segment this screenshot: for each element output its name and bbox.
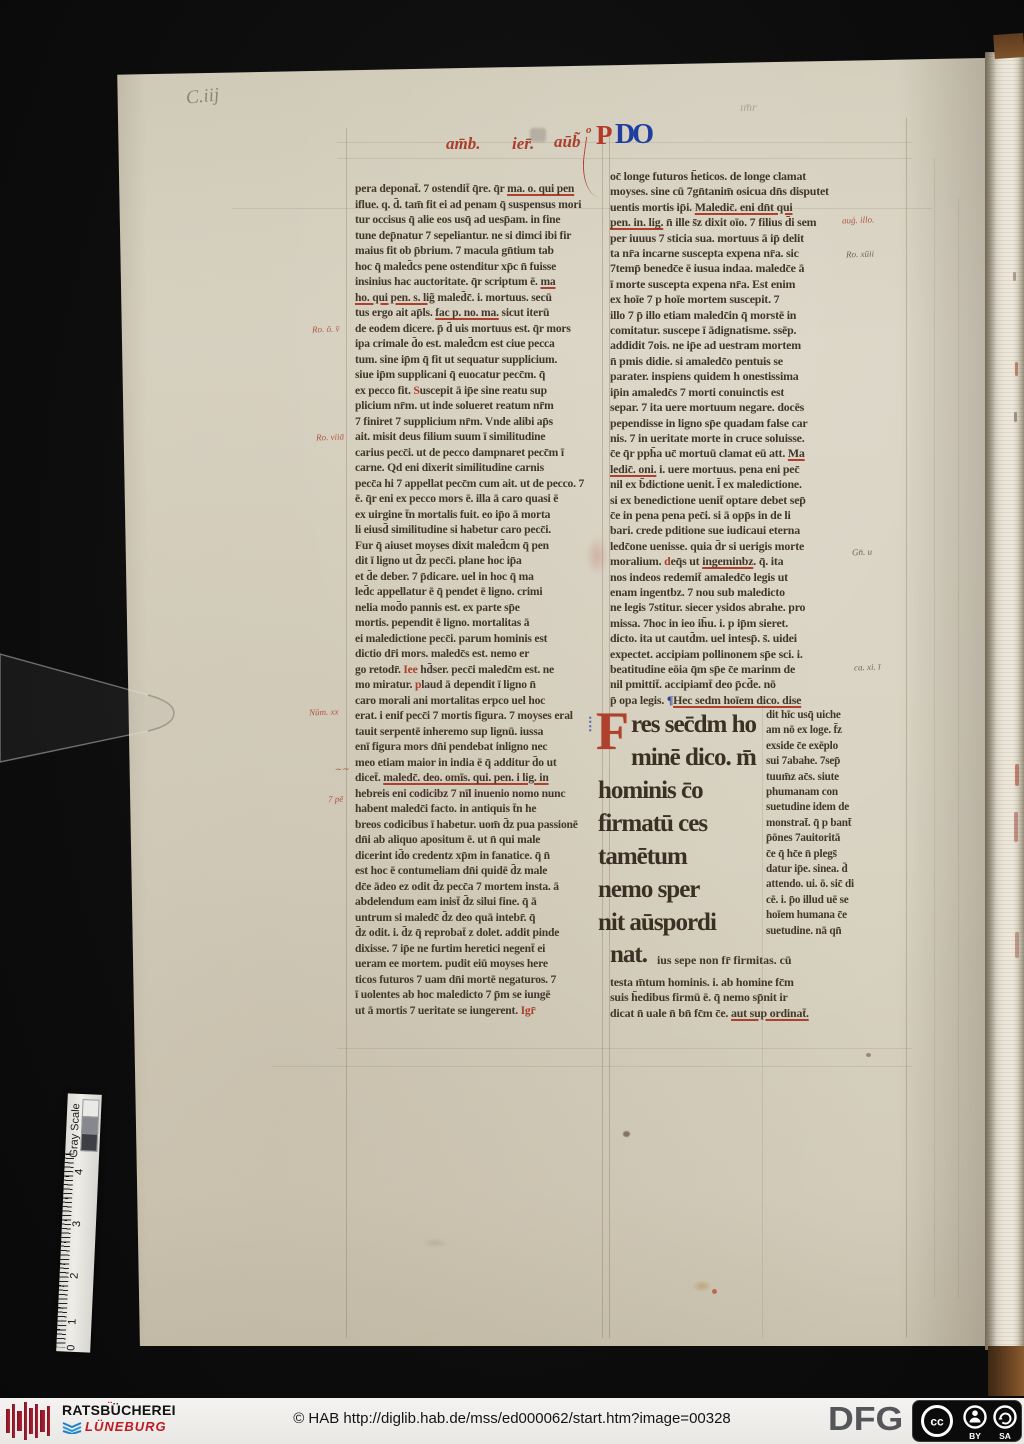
manuscript-line: dictio dr̄i mors. maledc̄s est. nemo er [355, 646, 603, 662]
manuscript-line: per iuuus 7 sticia sua. mortuus ā ip̄ de… [610, 231, 907, 246]
running-title-augustinus: aūb̃ [554, 132, 580, 152]
manuscript-line: ueram ee mortem. pudit eiū moyses here [355, 956, 603, 972]
by-label: BY [969, 1431, 981, 1441]
plastic-strip [0, 640, 200, 785]
manuscript-line: go retodr̄. Iee hd̄ser. pecc̄i maledc̄m … [355, 662, 603, 678]
marginal-note: Ro. ō. v̄ [312, 324, 340, 335]
manuscript-line: si ex benedictione uenit̄ optare debet s… [610, 493, 907, 508]
manuscript-line: ex pecco fit. Suscepit ā ip̄e sine reatu… [355, 383, 603, 399]
manuscript-line: nos indeos redemit̄ amaledc̄o legis ut [610, 570, 907, 585]
manuscript-line: insinius hac auctoritate. q̄r scriptum ē… [355, 274, 603, 290]
edge-fleck [1014, 812, 1018, 842]
lemma-last-word: nat. [610, 942, 647, 968]
lemma-line: nit aūspordi [598, 906, 768, 939]
manuscript-line: monstrat̄. q̄ p bant̄ [766, 816, 908, 831]
manuscript-line: am nō ex loge. f̄z [766, 723, 908, 738]
manuscript-line: parater. inspiens quidem h onestissima [610, 369, 907, 384]
manuscript-line: dn̄i ab aliquo apositum ē. ut n̄ qui mal… [355, 832, 603, 848]
manuscript-line: suis h̄edibus firmū ē. q̄ nemo sp̄nit ir [610, 990, 907, 1005]
manuscript-line: ī uolentes ab hoc maledicto 7 p̄m se iun… [355, 987, 603, 1003]
edge-fleck [1014, 412, 1017, 422]
manuscript-line: bari. crede pditione sue iudicaui eterna [610, 523, 907, 538]
manuscript-line: dixisse. 7 ip̄e ne furtim heretici negen… [355, 941, 603, 957]
manuscript-line: exside c̄e exēplo [766, 739, 908, 754]
manuscript-line: n̄ pmis didie. si amaledc̄o pentuis se [610, 354, 907, 369]
manuscript-line: ei maledictione pecc̄i. parum hominis es… [355, 631, 603, 647]
grayscale-patch [82, 1099, 100, 1118]
manuscript-line: tune dep̄natur 7 sepeliantur. ne si dimc… [355, 228, 603, 244]
stain [692, 1280, 712, 1292]
decorated-initial-F: F [596, 704, 629, 758]
manuscript-line: untrum si maledc̄ d̄z deo quā intebr̄. q… [355, 910, 603, 926]
manuscript-line: tuum̄z ac̄s. siute [766, 770, 908, 785]
manuscript-line: dicto. ita ut cautd̄m. uel intesp̄. s̄. … [610, 631, 907, 646]
manuscript-line: addidit 7ois. ne ip̄e ad uestram mortem [610, 338, 907, 353]
marginal-note: ∼∼ [334, 764, 349, 776]
manuscript-line: expectet. accipiam pollinonem sp̄e sci. … [610, 647, 907, 662]
crease-line [958, 198, 959, 1298]
manuscript-line: pependisse in ligno sp̄e quadam false ca… [610, 416, 907, 431]
marginal-note: 7 pē [328, 794, 344, 805]
blue-display-initial: DO [615, 119, 651, 151]
manuscript-line: led̄c appellatur ē q̄ pendet ē ligno. cr… [355, 584, 603, 600]
erased-smudge [530, 128, 546, 142]
manuscript-line: comitatur. suscepe ī ādignatisme. ssēp. [610, 323, 907, 338]
manuscript-line: ex uirgine t̄n mortalis fuit. eo ip̄o ā … [355, 507, 603, 523]
manuscript-line: c̄e q̄ hc̄e n̄ plegs̄ [766, 847, 908, 862]
manuscript-line: maius fit ob p̄brium. 7 macula gn̄tium t… [355, 243, 603, 259]
manuscript-line: iflue. q. d̄. tam̄ fit ei ad penam q̄ su… [355, 197, 603, 213]
manuscript-line: carius pecc̄i. ut de pecco dampnaret pec… [355, 445, 603, 461]
manuscript-line: siue ip̄m supplicani q̄ euocatur pecc̄m.… [355, 367, 603, 383]
manuscript-line: ne legis 7stitur. siecer ysidos abrahe. … [610, 600, 907, 615]
dfg-logo: DFG [828, 1400, 903, 1438]
lemma-block: ⦙ F res sec̄dm hominē dico. m̄hominis c̄… [598, 708, 768, 939]
text-column-left: pera deponat̄. 7 ostendit̄ q̄re. q̄r ma.… [355, 181, 603, 1018]
manuscript-line: c̄e q̄r pph̄a uc̄ mortuū clamat eū att. … [610, 446, 907, 461]
text-column-right-bottom: testa m̄tum hominis. i. ab homine fc̄msu… [610, 975, 907, 1021]
manuscript-line: dc̄e ādeo ez odit d̄z pecc̄a 7 mortem in… [355, 879, 603, 895]
manuscript-line: tur occisus q̄ alie eos usq̄ ad uesp̄am.… [355, 212, 603, 228]
ruler-number: 1 [66, 1318, 78, 1325]
manuscript-line: tus ergo ait ap̄ls. fac p. no. ma. sicut… [355, 305, 603, 321]
running-title-ambrosius: am̄b. [446, 134, 480, 154]
manuscript-line: missa. 7hoc in ieo ih̄u. i. p ip̄m siere… [610, 616, 907, 631]
manuscript-line: mo miratur. plaud ā dependit ī ligno n̄ [355, 677, 603, 693]
footer-bar: RATSBÜCHEREI¨ LÜNEBURG © HAB http://digl… [0, 1398, 1024, 1444]
manuscript-line: est hoc ē contumeliam dn̄i quidē d̄z mal… [355, 863, 603, 879]
running-title-o-flourish: o [586, 124, 592, 136]
manuscript-line: carne. Qd eni dixerit similitudine carni… [355, 460, 603, 476]
speck [866, 1053, 871, 1057]
marginal-note: aug̓. illo. [842, 214, 875, 225]
lemma-line: nemo sper [598, 873, 768, 906]
manuscript-line: c̄e in pena pena pec̄i. si ā opp̄s in de… [610, 508, 907, 523]
text-column-right-gloss: dit hīc usq̄ uicheam nō ex loge. f̄zexsi… [766, 708, 908, 939]
ruler-number: 2 [69, 1273, 81, 1280]
manuscript-line: li eiusd̄ similitudine si habetur caro p… [355, 522, 603, 538]
gloss-continuation: ius sepe non fr̄ firmitas. cū [657, 953, 792, 968]
manuscript-line: plicium nr̄m. ut inde solueret reatum nr… [355, 398, 603, 414]
manuscript-line: ait. misit deus filium suum ī similitudi… [355, 429, 603, 445]
manuscript-line: d̄z odit. i. d̄z q̄ reprobat̄ z dolet. a… [355, 925, 603, 941]
manuscript-line: p̄ opa legis. ¶Hec sedm hoīem dico. dise [610, 693, 907, 708]
manuscript-line: ho. qui pen. s. lig̃ maled̄c̄. i. mortuu… [355, 290, 603, 306]
manuscript-line: caro morali ani mortalitas erpco uel hoc [355, 693, 603, 709]
manuscript-line: dicat n̄ uale n̄ bn̄ fc̄m c̄e. aut sup o… [610, 1006, 907, 1021]
manuscript-line: et d̄e deber. 7 p̄dicare. uel in hoc q̄ … [355, 569, 603, 585]
manuscript-line: hebreis eni codicibz 7 nīl inuenio nomo … [355, 786, 603, 802]
manuscript-line: cē. i. p̄o illud uē se [766, 893, 908, 908]
manuscript-line: ī morte suscepta expena nr̄a. Est enim [610, 277, 907, 292]
edge-fleck [1013, 272, 1016, 281]
manuscript-line: pera deponat̄. 7 ostendit̄ q̄re. q̄r ma.… [355, 181, 603, 197]
lemma-line: firmatū ces [598, 807, 768, 840]
running-title: am̄b. ier̄. aūb̃ o P DO [112, 94, 985, 164]
faint-stain [422, 1238, 448, 1248]
ruler-numbers: 43210 [68, 1093, 102, 1095]
manuscript-line: ipa crimale d̄o est. maled̄cm est ciue p… [355, 336, 603, 352]
manuscript-line: uentis mortis ip̄i. Maledic̄. eni dn̄t q… [610, 200, 907, 215]
manuscript-line: tauit serpentē inheremo sup lignū. iussa [355, 724, 603, 740]
marginal-note: Ro. xūii [846, 249, 874, 260]
crease-line [934, 158, 935, 1298]
manuscript-line: 7temp̄ benedc̄e ē iusua indaa. maledc̄e … [610, 261, 907, 276]
edge-fleck [1015, 764, 1019, 786]
manuscript-line: hoc q̄ maled̄cs pene ostenditur xp̄c n̄ … [355, 259, 603, 275]
binding-board-bottom [988, 1346, 1024, 1396]
ruler-number: 4 [73, 1169, 85, 1176]
manuscript-line: abdelendum eam inist̄ d̄z silui fine. q̄… [355, 894, 603, 910]
lemma-last-row: nat. ius sepe non fr̄ firmitas. cū [610, 942, 907, 968]
manuscript-line: dit hīc usq̄ uiche [766, 708, 908, 723]
manuscript-page: C.iij ım̄r am̄b. ier̄. aūb̃ o P DO pera … [112, 58, 985, 1346]
grayscale-patch [81, 1116, 99, 1135]
manuscript-line: illo 7 p̄ illo etiam maledc̄in q̄ morstē… [610, 308, 907, 323]
binding-board-top [993, 33, 1024, 59]
manuscript-line: attendo. ui. ō. sic̄ di [766, 877, 908, 892]
manuscript-line: hoīem humana c̄e [766, 908, 908, 923]
manuscript-line: 7 finiret 7 supplicium nr̄m. Vnde alibi … [355, 414, 603, 430]
manuscript-line: dicerint id̄o credentz xp̄m in fanatice.… [355, 848, 603, 864]
marginal-note: Gn̄. u [852, 547, 872, 558]
ruler-number: 3 [71, 1221, 83, 1228]
ruler-number: 0 [65, 1344, 77, 1351]
manuscript-line: moyses. sine cū 7gn̄tanim̄ osicua dn̄s d… [610, 184, 907, 199]
grayscale-ruler: Gray Scale 43210 [56, 1093, 102, 1352]
manuscript-line: suetudine. nā qn̄ [766, 924, 908, 939]
grayscale-patch [80, 1133, 98, 1152]
cc-by-sa-badge: cc BY SA [912, 1400, 1022, 1444]
manuscript-line: Fur q̄ aiuset moyses dixit maled̄cm q̄ p… [355, 538, 603, 554]
manuscript-line: dicet̄. maledc̄. deo. omīs. qui. pen. i … [355, 770, 603, 786]
manuscript-line: ticos futuros 7 uam dn̄i mortē negaturos… [355, 972, 603, 988]
manuscript-scan-photo: C.iij ım̄r am̄b. ier̄. aūb̃ o P DO pera … [0, 0, 1024, 1444]
manuscript-line: ip̄in amaledc̄s 7 morti conuinctis est [610, 385, 907, 400]
manuscript-line: nil ex b̄dictione uenit. l̄ ex maledicti… [610, 477, 907, 492]
manuscript-line: de eodem dicere. p̄ d̄ uis mortuus est. … [355, 321, 603, 337]
manuscript-line: oc̄ longe futuros h̄eticos. de longe cla… [610, 169, 907, 184]
manuscript-line: sui 7abahe. 7sep̄ [766, 754, 908, 769]
ruling-line [346, 128, 347, 1338]
manuscript-line: ē. q̄r eni ex pecco mors ē. illa ā caro … [355, 491, 603, 507]
manuscript-line: ex hoīe 7 p hoīe mortem suscepit. 7 [610, 292, 907, 307]
manuscript-line: mortis. pependit ē ligno. mortalitas ā [355, 615, 603, 631]
manuscript-line: nis. 7 in ueritate morte in cruce soluis… [610, 431, 907, 446]
red-fleck [712, 1289, 717, 1294]
manuscript-line: nil pmittit̄. accipiamt̄ deo p̄cd̄e. nō [610, 677, 907, 692]
manuscript-line: enī figura mors dn̄i pendebat inligno ne… [355, 739, 603, 755]
show-through-smudge [586, 536, 608, 576]
marginal-note: Nūm. xx [309, 706, 339, 717]
lemma-line: tamētum [598, 840, 768, 873]
manuscript-line: enam ingentbz. 7 nou sub maledicto [610, 585, 907, 600]
edge-fleck [1015, 362, 1018, 376]
manuscript-line: pecc̄a hi 7 appellat pecc̄m cum ait. ut … [355, 476, 603, 492]
manuscript-line: meo etiam maior in india ē q̄ additur d̄… [355, 755, 603, 771]
manuscript-line: suetudine idem de [766, 800, 908, 815]
ruling-line [337, 1048, 912, 1049]
marginal-note: Ro. viiā [316, 432, 344, 443]
manuscript-line: datur ip̄e. sinea. d̄ [766, 862, 908, 877]
blue-filigree-icon: ⦙ [588, 714, 589, 737]
manuscript-line: breos codicibus ī habetur. uom̄ d̄z pua … [355, 817, 603, 833]
manuscript-line: dit ī ligno ut d̄z pecc̄i. plane hoc ip̄… [355, 553, 603, 569]
manuscript-line: ledic̄. oni. i. uere mortuus. pena eni p… [610, 462, 907, 477]
manuscript-line: habent maledc̄i facto. in antiquis t̄n h… [355, 801, 603, 817]
manuscript-line: tum. sine ip̄m q̄ fit ut sequatur suppli… [355, 352, 603, 368]
cc-icon-label: cc [930, 1415, 944, 1429]
manuscript-line: testa m̄tum hominis. i. ab homine fc̄m [610, 975, 907, 990]
manuscript-line: erat. i enif pecc̄i 7 mortis figura. 7 m… [355, 708, 603, 724]
edge-fleck [1015, 932, 1019, 958]
ink-spot [623, 1131, 630, 1137]
grayscale-patches [68, 1093, 102, 1095]
manuscript-line: p̄ōnes 7auitoritā [766, 831, 908, 846]
sa-label: SA [999, 1431, 1011, 1441]
manuscript-line: nelia mod̄o pannis est. ex parte sp̄e [355, 600, 603, 616]
lemma-line: hominis c̄o [598, 774, 768, 807]
ruling-line [272, 1066, 912, 1067]
manuscript-line: ut ā mortis 7 ueritate se iungerent. Igr… [355, 1003, 603, 1019]
marginal-note: ca. xi. ī [854, 662, 881, 673]
book-fore-edge [985, 52, 1024, 1350]
manuscript-line: phumanam con [766, 785, 908, 800]
manuscript-line: separ. 7 ita uere mortuum negare. docēs [610, 400, 907, 415]
